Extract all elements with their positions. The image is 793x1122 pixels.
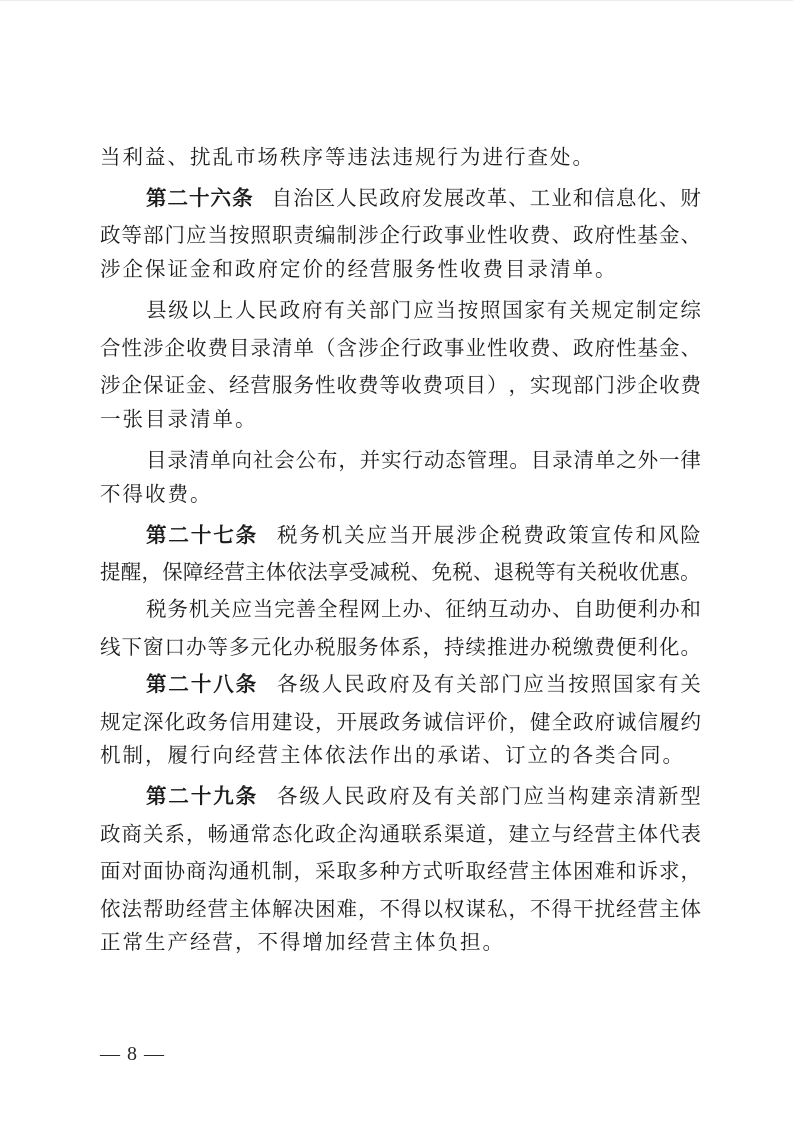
text-line: 不得收费。 [100, 477, 701, 514]
text-line: 县级以上人民政府有关部门应当按照国家有关规定制定综 [100, 290, 701, 327]
text-line: 目录清单向社会公布，并实行动态管理。目录清单之外一律 [100, 439, 701, 476]
page-number: — 8 — [100, 1044, 165, 1064]
text-line: 面对面协商沟通机制，采取多种方式听取经营主体困难和诉求， [100, 850, 701, 887]
document-page: 当利益、扰乱市场秩序等违法违规行为进行查处。第二十六条自治区人民政府发展改革、工… [0, 0, 793, 1122]
text-line: 政等部门应当按照职责编制涉企行政事业性收费、政府性基金、 [100, 215, 701, 252]
text-line: 正常生产经营，不得增加经营主体负担。 [100, 925, 701, 962]
article-line: 第二十六条自治区人民政府发展改革、工业和信息化、财 [100, 177, 701, 214]
text-line: 一张目录清单。 [100, 402, 701, 439]
text-line: 当利益、扰乱市场秩序等违法违规行为进行查处。 [100, 140, 701, 177]
article-line: 第二十九条各级人民政府及有关部门应当构建亲清新型 [100, 776, 701, 813]
text-line: 政商关系，畅通常态化政企沟通联系渠道，建立与经营主体代表 [100, 813, 701, 850]
text-line: 依法帮助经营主体解决困难，不得以权谋私，不得干扰经营主体 [100, 888, 701, 925]
article-line: 第二十八条各级人民政府及有关部门应当按照国家有关 [100, 663, 701, 700]
text-line: 合性涉企收费目录清单（含涉企行政事业性收费、政府性基金、 [100, 327, 701, 364]
text-line: 涉企保证金、经营服务性收费等收费项目），实现部门涉企收费 [100, 364, 701, 401]
text-line: 规定深化政务信用建设，开展政务诚信评价，健全政府诚信履约 [100, 701, 701, 738]
text-line: 提醒，保障经营主体依法享受减税、免税、退税等有关税收优惠。 [100, 551, 701, 588]
text-line: 线下窗口办等多元化办税服务体系，持续推进办税缴费便利化。 [100, 626, 701, 663]
text-line: 税务机关应当完善全程网上办、征纳互动办、自助便利办和 [100, 589, 701, 626]
text-line: 涉企保证金和政府定价的经营服务性收费目录清单。 [100, 252, 701, 289]
document-body: 当利益、扰乱市场秩序等违法违规行为进行查处。第二十六条自治区人民政府发展改革、工… [100, 140, 701, 963]
text-line: 机制，履行向经营主体依法作出的承诺、订立的各类合同。 [100, 738, 701, 775]
article-line: 第二十七条税务机关应当开展涉企税费政策宣传和风险 [100, 514, 701, 551]
